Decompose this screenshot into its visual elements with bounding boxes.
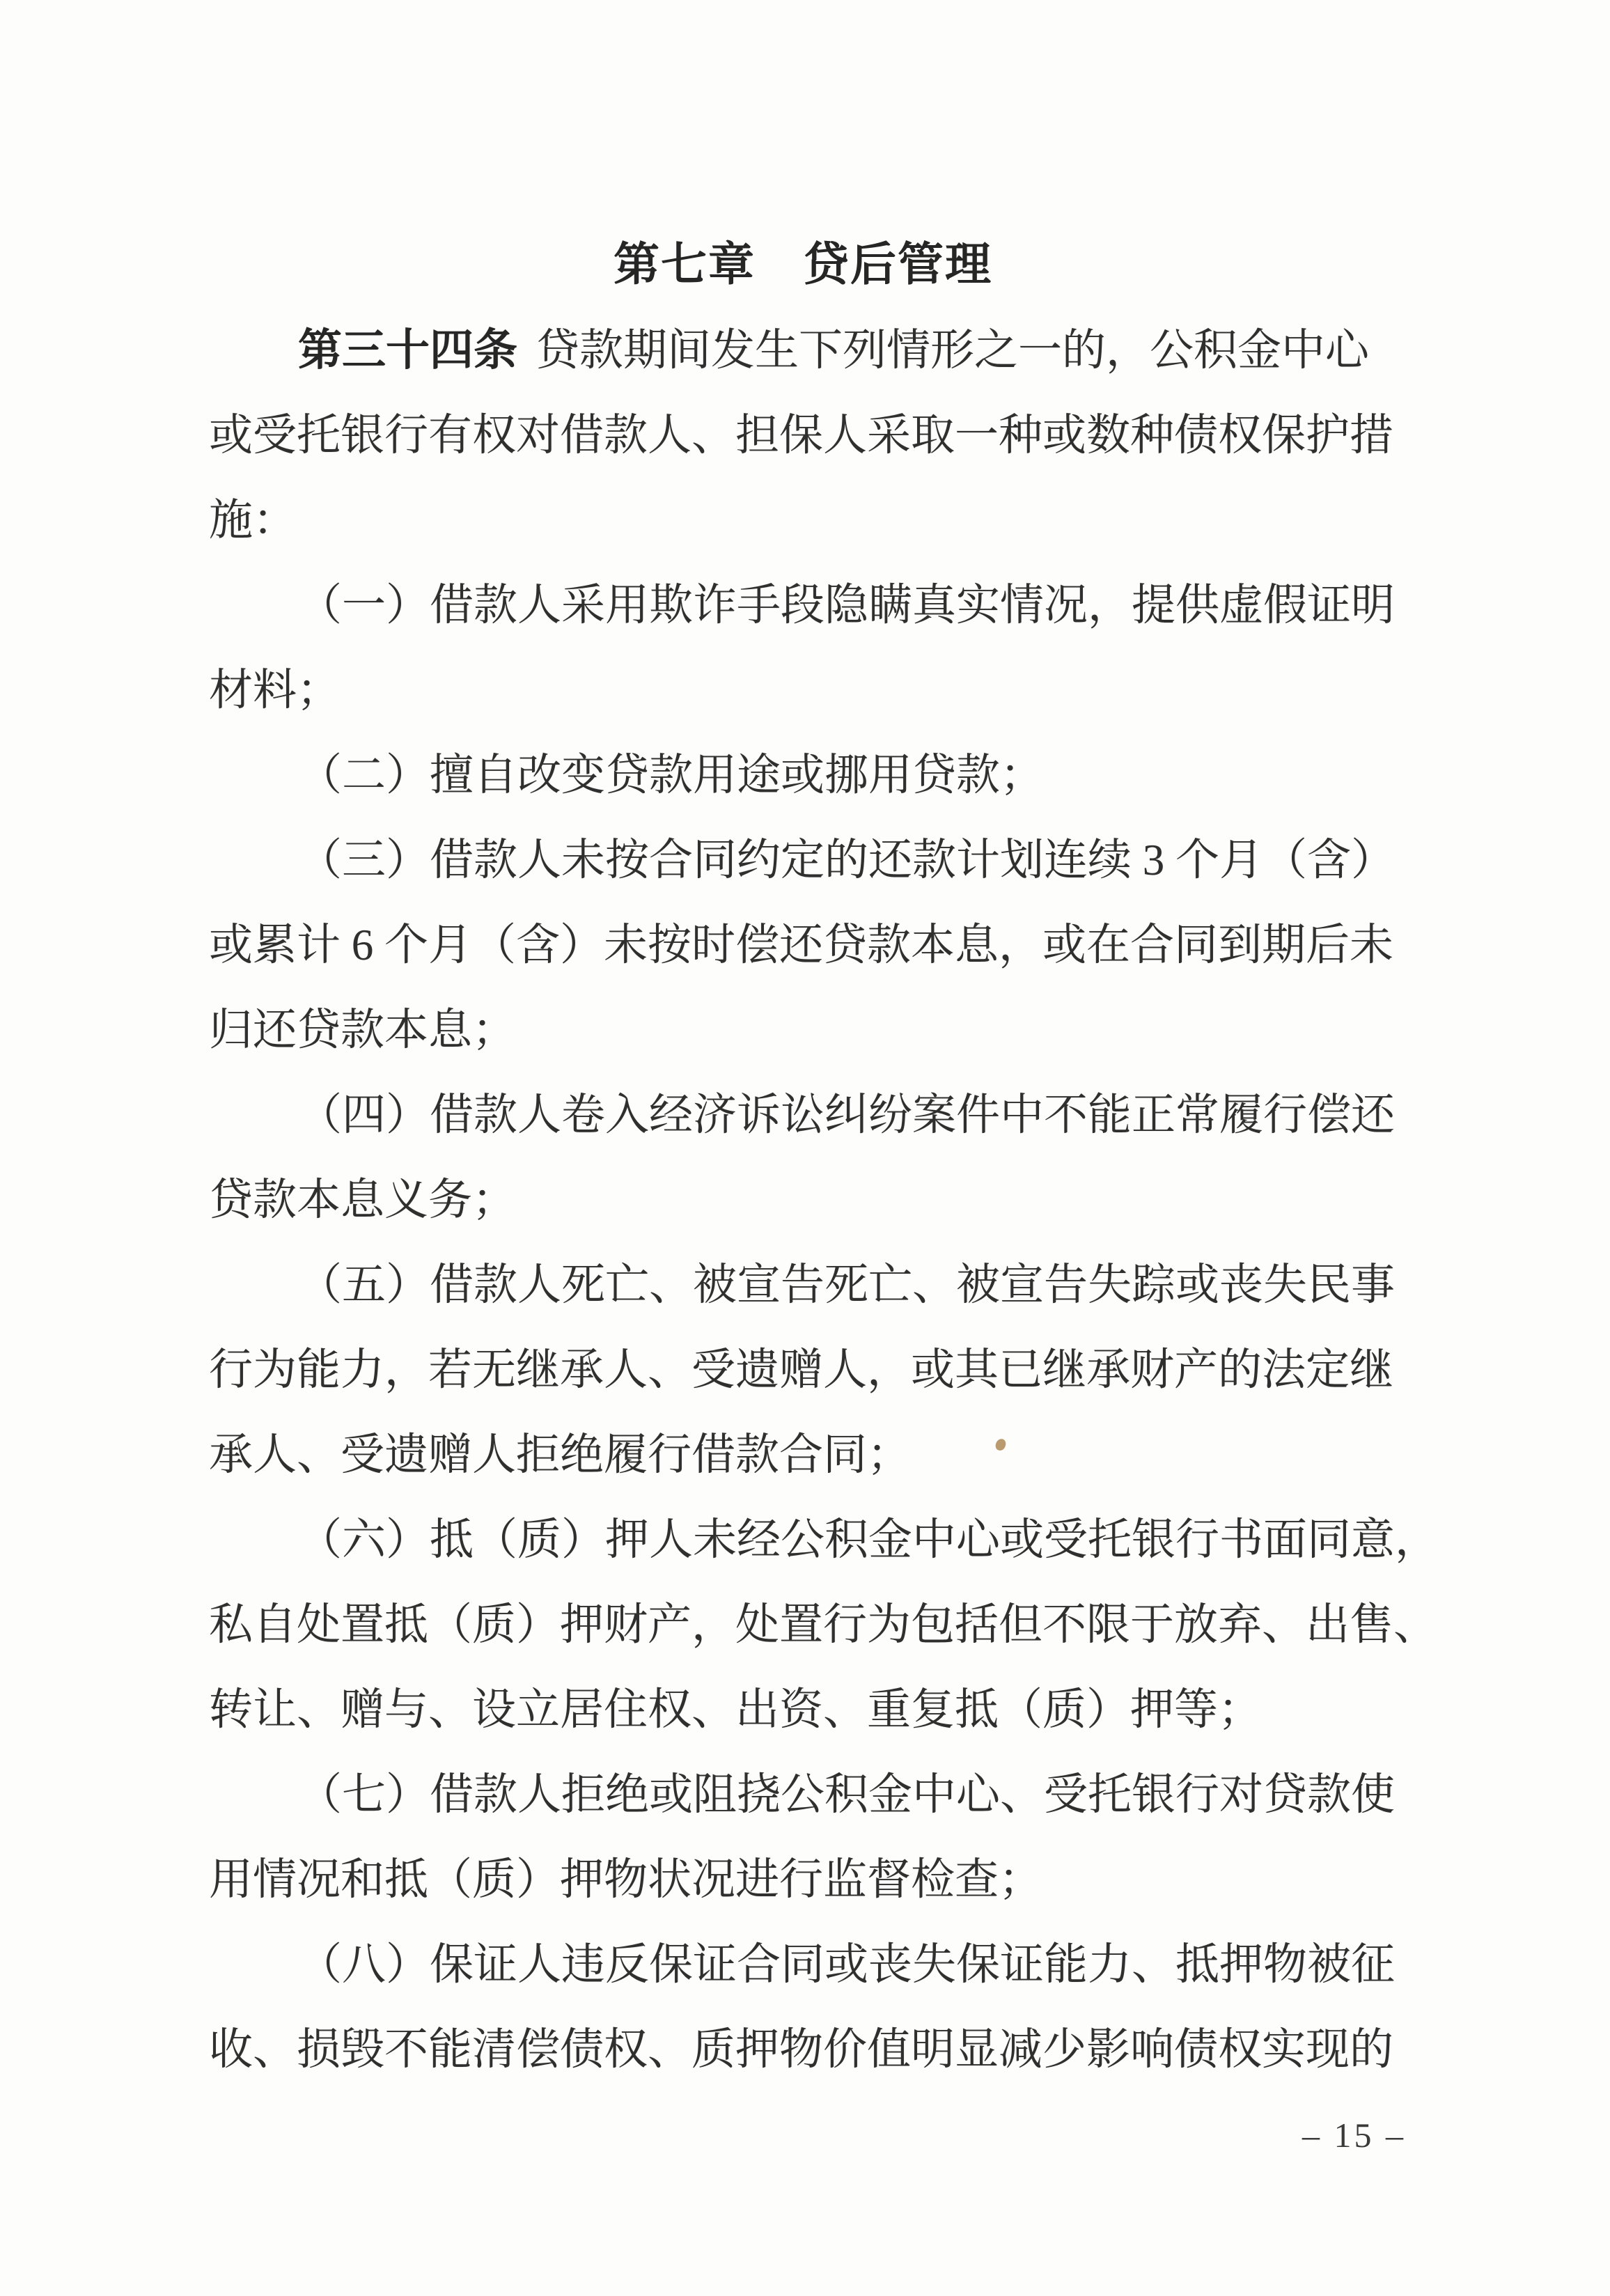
text-line: 材料； bbox=[209, 648, 1397, 733]
page-number: – 15 – bbox=[1302, 2114, 1406, 2156]
text-line: （六）抵（质）押人未经公积金中心或受托银行书面同意， bbox=[209, 1497, 1397, 1582]
text-line: 第三十四条贷款期间发生下列情形之一的，公积金中心 bbox=[209, 308, 1397, 393]
text-line: 用情况和抵（质）押物状况进行监督检查； bbox=[209, 1837, 1397, 1922]
chapter-title: 第七章 贷后管理 bbox=[209, 223, 1397, 308]
text-line: 或受托银行有权对借款人、担保人采取一种或数种债权保护措 bbox=[209, 393, 1397, 478]
text-line: 归还贷款本息； bbox=[209, 987, 1397, 1072]
text-line: 或累计 6 个月（含）未按时偿还贷款本息，或在合同到期后未 bbox=[209, 903, 1397, 987]
text-line: （二）擅自改变贷款用途或挪用贷款； bbox=[209, 733, 1397, 818]
text-line: （一）借款人采用欺诈手段隐瞒真实情况，提供虚假证明 bbox=[209, 563, 1397, 648]
line-text: 贷款期间发生下列情形之一的，公积金中心 bbox=[536, 326, 1369, 375]
text-line: 转让、赠与、设立居住权、出资、重复抵（质）押等； bbox=[209, 1667, 1397, 1752]
text-line: 承人、受遗赠人拒绝履行借款合同； bbox=[209, 1412, 1397, 1497]
text-line: 收、损毁不能清偿债权、质押物价值明显减少影响债权实现的 bbox=[209, 2007, 1397, 2092]
text-line: 行为能力，若无继承人、受遗赠人，或其已继承财产的法定继 bbox=[209, 1327, 1397, 1412]
text-line: 私自处置抵（质）押财产，处置行为包括但不限于放弃、出售、 bbox=[209, 1582, 1397, 1667]
text-line: （五）借款人死亡、被宣告死亡、被宣告失踪或丧失民事 bbox=[209, 1242, 1397, 1327]
text-line: 施： bbox=[209, 478, 1397, 563]
text-line: 贷款本息义务； bbox=[209, 1157, 1397, 1242]
document-body: 第七章 贷后管理 第三十四条贷款期间发生下列情形之一的，公积金中心 或受托银行有… bbox=[209, 223, 1397, 2092]
text-line: （四）借款人卷入经济诉讼纠纷案件中不能正常履行偿还 bbox=[209, 1072, 1397, 1157]
text-line: （七）借款人拒绝或阻挠公积金中心、受托银行对贷款使 bbox=[209, 1752, 1397, 1837]
scanned-page: 第七章 贷后管理 第三十四条贷款期间发生下列情形之一的，公积金中心 或受托银行有… bbox=[0, 0, 1610, 2296]
text-line: （三）借款人未按合同约定的还款计划连续 3 个月（含） bbox=[209, 818, 1397, 903]
text-line: （八）保证人违反保证合同或丧失保证能力、抵押物被征 bbox=[209, 1922, 1397, 2007]
article-number: 第三十四条 bbox=[298, 326, 517, 375]
